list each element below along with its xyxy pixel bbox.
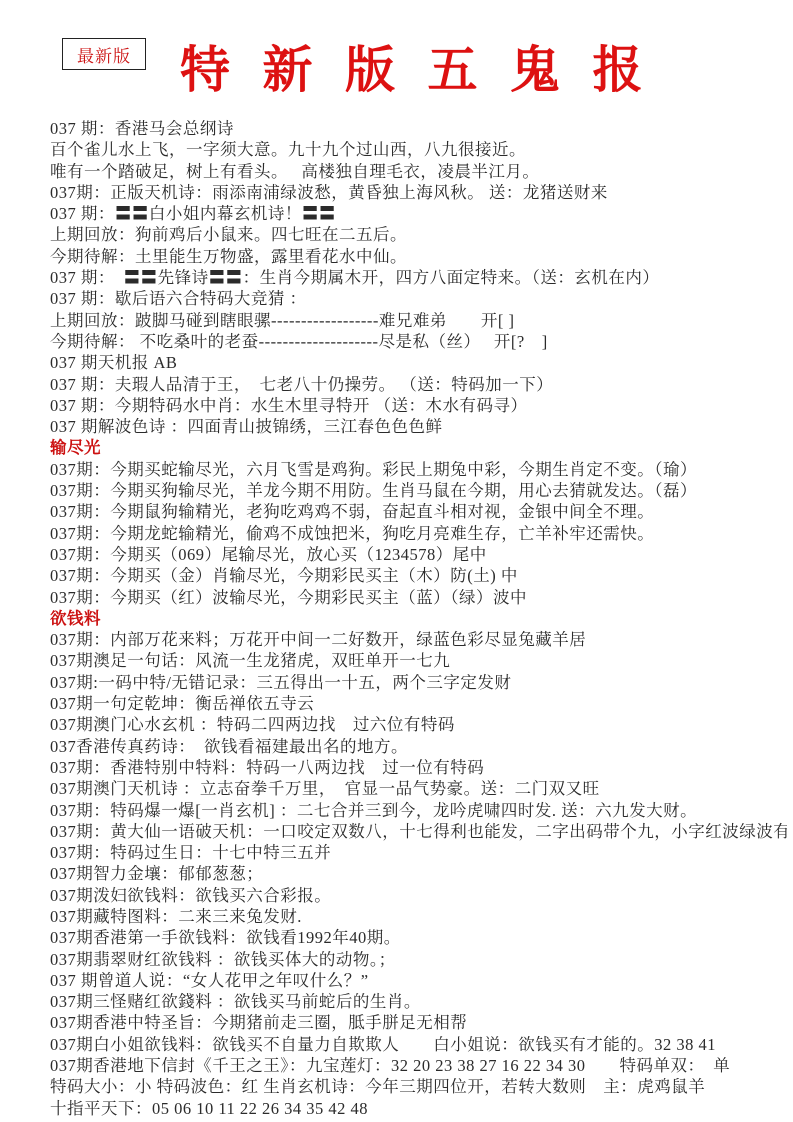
report-line: 今期待解： 不吃桑叶的老蚕--------------------尽是私（丝） … [50, 331, 787, 352]
report-line: 037 期天机报 AB [50, 352, 787, 373]
report-line: 037期泼妇欲钱料：欲钱买六合彩报。 [50, 885, 787, 906]
report-line: 037期：黄大仙一语破天机：一口咬定双数八，十七得利也能发，二字出码带个九，小字… [50, 821, 787, 842]
report-line: 037 期：香港马会总纲诗 [50, 118, 787, 139]
report-line: 037 期曾道人说：“女人花甲之年叹什么？” [50, 970, 787, 991]
report-line: 037期澳门天机诗 ：立志奋拳千万里， 官显一品气势豪。送：二门双又旺 [50, 778, 787, 799]
report-line: 037期：今期买狗输尽光，羊龙今期不用防。生肖马鼠在今期，用心去猜就发达。（磊） [50, 480, 787, 501]
report-line: 037期：特码过生日：十七中特三五并 [50, 842, 787, 863]
report-line: 037期:一码中特/无错记录：三五得出一十五，两个三字定发财 [50, 672, 787, 693]
report-line: 037期香港第一手欲钱料：欲钱看1992年40期。 [50, 927, 787, 948]
report-line: 037期澳足一句话：风流一生龙猪虎，双旺单开一七九 [50, 650, 787, 671]
report-page: 最新版 特 新 版 五 鬼 报 037 期：香港马会总纲诗百个雀儿水上飞，一字须… [0, 0, 793, 1122]
report-line: 037香港传真药诗： 欲钱看福建最出名的地方。 [50, 736, 787, 757]
page-title: 特 新 版 五 鬼 报 [180, 30, 653, 102]
report-line: 037期：今期龙蛇输精光，偷鸡不成蚀把米，狗吃月亮难生存，亡羊补牢还需快。 [50, 523, 787, 544]
report-line: 037 期：〓〓白小姐内幕玄机诗！〓〓 [50, 203, 787, 224]
report-line: 037期：特码爆一爆[一肖玄机] ：二七合并三到今，龙吟虎啸四时发. 送：六九发… [50, 800, 787, 821]
report-line: 上期回放：跛脚马碰到瞎眼骡------------------难兄难弟 开[ ] [50, 310, 787, 331]
report-line: 百个雀儿水上飞，一字须大意。九十九个过山西，八九很接近。 [50, 139, 787, 160]
report-line: 037期一句定乾坤：衡岳禅依五寺云 [50, 693, 787, 714]
report-line: 037期：今期买（069）尾输尽光，放心买（1234578）尾中 [50, 544, 787, 565]
report-line: 037 期：夫瑕人品清于王， 七老八十仍操劳。 （送：特码加一下） [50, 374, 787, 395]
report-line: 037 期：今期特码水中肖：水生木里寻特开 （送：木水有码寻） [50, 395, 787, 416]
badge-label: 最新版 [77, 42, 131, 67]
report-line: 037 期： 〓〓先锋诗〓〓：生肖今期属木开，四方八面定特来。（送：玄机在内） [50, 267, 787, 288]
report-line: 唯有一个踏破足，树上有看头。 高楼独自理毛衣，凌晨半江月。 [50, 161, 787, 182]
report-line: 037期智力金壤：郁郁葱葱； [50, 863, 787, 884]
report-line: 037 期解波色诗 ：四面青山披锦绣，三江春色色色鲜 [50, 416, 787, 437]
report-line: 037期：今期买（金）肖输尽光，今期彩民买主（木）防(土) 中 [50, 565, 787, 586]
report-line: 037期：正版天机诗：雨添南浦绿波愁，黄昏独上海风秋。 送：龙猪送财来 [50, 182, 787, 203]
report-line: 037期翡翠财红欲钱料 ：欲钱买体大的动物。； [50, 949, 787, 970]
report-line: 037 期：歇后语六合特码大竞猜 ： [50, 288, 787, 309]
report-body: 037 期：香港马会总纲诗百个雀儿水上飞，一字须大意。九十九个过山西，八九很接近… [50, 118, 787, 1122]
section-heading: 欲钱料 [50, 608, 787, 629]
report-line: 037期藏特图料：二来三来兔发财. [50, 906, 787, 927]
report-line: 037期三怪赌红欲錢料 ：欲钱买马前蛇后的生肖。 [50, 991, 787, 1012]
report-line: 037期：今期买（红）波输尽光，今期彩民买主（蓝）（绿）波中 [50, 587, 787, 608]
report-line: 037期：今期买蛇输尽光，六月飞雪是鸡狗。彩民上期兔中彩，今期生肖定不变。（瑜） [50, 459, 787, 480]
report-line: 037期澳门心水玄机 ：特码二四两边找 过六位有特码 [50, 714, 787, 735]
report-line: 上期回放：狗前鸡后小鼠来。四七旺在二五后。 [50, 224, 787, 245]
report-line: 037期白小姐欲钱料：欲钱买不自量力自欺欺人 白小姐说：欲钱买有才能的。32 3… [50, 1034, 787, 1055]
report-line: 今期待解：土里能生万物盛，露里看花水中仙。 [50, 246, 787, 267]
report-line: 037期：今期鼠狗输精光，老狗吃鸡鸡不弱，奋起直斗相对视，金银中间全不理。 [50, 501, 787, 522]
section-heading: 输尽光 [50, 437, 787, 458]
report-header: 最新版 特 新 版 五 鬼 报 [50, 30, 773, 112]
report-line: 037期香港地下信封《千王之王》：九宝莲灯：32 20 23 38 27 16 … [50, 1055, 787, 1076]
report-line: 特码大小：小 特码波色：红 生肖玄机诗：今年三期四位开，若转大数则 主：虎鸡鼠羊 [50, 1076, 787, 1097]
latest-edition-badge: 最新版 [62, 38, 146, 70]
report-line: 十指平天下：05 06 10 11 22 26 34 35 42 48 [50, 1098, 787, 1119]
report-line: 037期：内部万花来料；万花开中间一二好数开，绿蓝色彩尽显兔藏羊居 [50, 629, 787, 650]
report-line: 037期香港中特圣旨：今期猪前走三圈，胝手胼足无相帮 [50, 1012, 787, 1033]
report-line: 037期：香港特别中特料：特码一八两边找 过一位有特码 [50, 757, 787, 778]
